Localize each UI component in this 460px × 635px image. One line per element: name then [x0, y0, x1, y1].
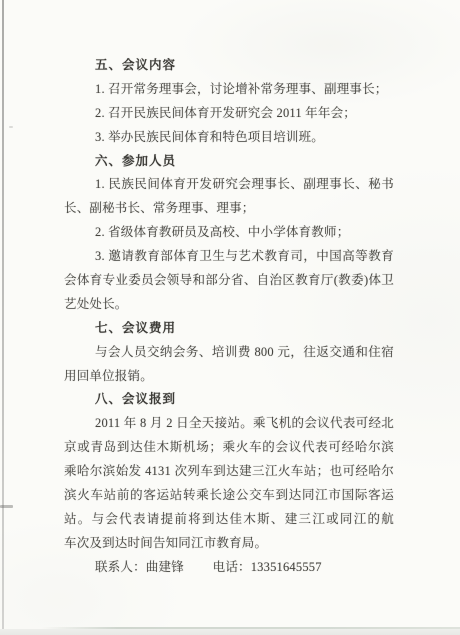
scan-artifact: [0, 505, 13, 508]
text-line: 车次及到达时间告知同江市教育局。: [64, 532, 394, 556]
text-line: 艺处处长。: [64, 293, 394, 317]
text-line: 与会人员交纳会务、培训费 800 元，往返交通和住宿费: [64, 341, 394, 365]
text-line: 用回单位报销。: [64, 365, 394, 389]
text-line: 会体育专业委员会领导和部分省、自治区教育厅(教委)体卫: [64, 269, 394, 293]
section-heading: 五、会议内容: [64, 54, 394, 78]
text-line: 乘哈尔滨始发 4131 次列车到达建三江火车站；也可经哈尔: [64, 460, 394, 484]
text-line: 京或青岛到达佳木斯机场；乘火车的会议代表可经哈尔滨转: [64, 436, 394, 460]
document-text: 五、会议内容1. 召开常务理事会，讨论增补常务理事、副理事长；2. 召开民族民间…: [64, 54, 394, 580]
text-line: 站。与会代表请提前将到达佳木斯、建三江或同江的航班、: [64, 508, 394, 532]
text-line: 1. 民族民间体育开发研究会理事长、副理事长、秘书: [64, 173, 394, 197]
text-line: 联系人：曲建锋 电话：13351645557: [64, 556, 394, 580]
section-heading: 八、会议报到: [64, 388, 394, 412]
section-heading: 七、会议费用: [64, 317, 394, 341]
scanned-document-page: 五、会议内容1. 召开常务理事会，讨论增补常务理事、副理事长；2. 召开民族民间…: [0, 0, 460, 635]
text-line: 1. 召开常务理事会，讨论增补常务理事、副理事长；: [64, 78, 394, 102]
scan-edge-left-line: [2, 0, 4, 635]
text-line: 3. 邀请教育部体育卫生与艺术教育司，中国高等教育学: [64, 245, 394, 269]
text-line: 3. 举办民族民间体育和特色项目培训班。: [64, 126, 394, 150]
text-line: 滨火车站前的客运站转乘长途公交车到达同江市国际客运: [64, 484, 394, 508]
section-heading: 六、参加人员: [64, 150, 394, 174]
text-line: 2. 省级体育教研员及高校、中小学体育教师；: [64, 221, 394, 245]
text-line: 2. 召开民族民间体育开发研究会 2011 年年会；: [64, 102, 394, 126]
scan-artifact: [9, 126, 13, 128]
text-line: 长、副秘书长、常务理事、理事；: [64, 197, 394, 221]
scan-edge-bottom-band: [0, 629, 460, 635]
text-line: 2011 年 8 月 2 日全天接站。乘飞机的会议代表可经北: [64, 412, 394, 436]
